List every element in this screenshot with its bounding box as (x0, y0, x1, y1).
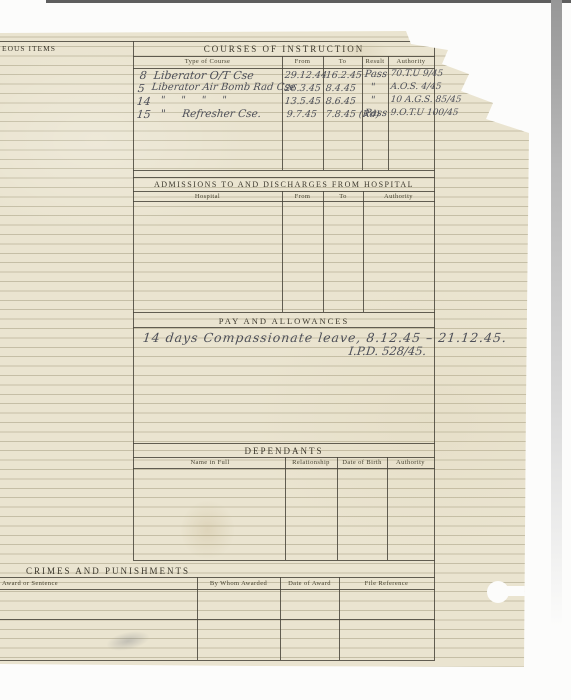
course-number: 15 (136, 108, 151, 121)
course-from: 13.5.45 (284, 96, 321, 107)
course-result: " (370, 95, 376, 106)
grid-line (323, 191, 324, 312)
course-result: " (370, 82, 376, 93)
grid-line (388, 56, 389, 170)
punch-hole-tear (502, 586, 528, 596)
pencil-smudge (105, 628, 152, 655)
admissions-section-title: ADMISSIONS TO AND DISCHARGES FROM HOSPIT… (133, 180, 435, 189)
record-sheet-paper: EOUS ITEMS COURSES OF INSTRUCTION Type o… (0, 0, 534, 700)
pay-entry-line2: I.P.D. 528/45. (348, 344, 427, 358)
courses-col-type: Type of Course (135, 58, 280, 65)
crimes-col-award: Award or Sentence (2, 580, 192, 587)
course-authority: 10 A.G.S. 85/45 (390, 95, 462, 105)
grid-line (282, 56, 283, 170)
dependants-col-name: Name in Full (135, 459, 285, 466)
grid-line (0, 589, 435, 590)
grid-line (133, 560, 435, 561)
grid-line (133, 41, 134, 560)
grid-line (133, 443, 435, 444)
admissions-col-authority: Authority (363, 193, 434, 200)
course-from: 9.7.45 (286, 109, 317, 120)
grid-line (0, 41, 435, 42)
course-result: Pass (364, 69, 388, 80)
courses-col-to: To (323, 58, 362, 65)
course-authority: 9.O.T.U 100/45 (390, 108, 459, 118)
admissions-col-to: To (323, 193, 363, 200)
grid-line (282, 191, 283, 312)
left-column-header: EOUS ITEMS (2, 44, 56, 53)
crimes-section-title: CRIMES AND PUNISHMENTS (26, 566, 190, 576)
crimes-col-bywhom: By Whom Awarded (197, 580, 280, 587)
grid-line (133, 170, 435, 171)
course-authority: 70.T.U 9/45 (390, 69, 444, 79)
grid-line (133, 457, 435, 458)
scanned-service-record-page: { "left_column": { "header": "EOUS ITEMS… (0, 0, 571, 700)
course-type: Liberator O/T Cse (153, 69, 254, 82)
admissions-col-hospital: Hospital (135, 193, 280, 200)
dependants-col-authority: Authority (387, 459, 434, 466)
scan-right-shadow (551, 0, 562, 660)
grid-line (133, 312, 435, 313)
dependants-col-dob: Date of Birth (337, 459, 387, 466)
grid-line (280, 577, 281, 660)
grid-line (0, 660, 435, 661)
courses-section-title: COURSES OF INSTRUCTION (133, 44, 435, 54)
grid-line (133, 468, 435, 469)
grid-line (339, 577, 340, 660)
paper-stain (180, 500, 235, 560)
grid-line (363, 191, 364, 312)
courses-col-from: From (282, 58, 323, 65)
dependants-section-title: DEPENDANTS (133, 446, 435, 456)
course-type: " " " " (160, 95, 227, 106)
grid-line (337, 457, 338, 560)
grid-line (133, 191, 435, 192)
grid-line (0, 577, 435, 578)
course-number: 8 (139, 69, 147, 82)
course-number: 5 (137, 82, 145, 95)
course-to: 8.4.45 (325, 83, 356, 94)
course-result: Pass (364, 108, 388, 119)
grid-line (285, 457, 286, 560)
course-from: 29.12.44 (284, 70, 327, 81)
course-to: 8.6.45 (325, 96, 356, 107)
grid-line (0, 619, 435, 620)
grid-line (387, 457, 388, 560)
admissions-col-from: From (282, 193, 323, 200)
course-to: 16.2.45 (325, 70, 362, 81)
grid-line (434, 41, 435, 660)
grid-line (133, 201, 435, 202)
crimes-col-file: File Reference (339, 580, 434, 587)
grid-line (133, 56, 435, 57)
course-number: 14 (136, 95, 151, 108)
grid-line (197, 577, 198, 660)
grid-line (133, 327, 435, 328)
course-type: " Refresher Cse. (160, 108, 262, 120)
courses-col-authority: Authority (388, 58, 434, 65)
courses-col-result: Result (362, 58, 388, 65)
scanner-top-edge (46, 0, 571, 3)
crimes-col-date: Date of Award (280, 580, 339, 587)
grid-line (133, 177, 435, 178)
pay-section-title: PAY AND ALLOWANCES (133, 316, 435, 326)
course-from: 26.3.45 (284, 83, 321, 94)
dependants-col-relationship: Relationship (285, 459, 337, 466)
course-authority: A.O.S. 4/45 (390, 82, 442, 92)
course-type: Liberator Air Bomb Rad Cse (151, 82, 296, 93)
pay-entry-line1: 14 days Compassionate leave, 8.12.45 – 2… (142, 330, 508, 345)
